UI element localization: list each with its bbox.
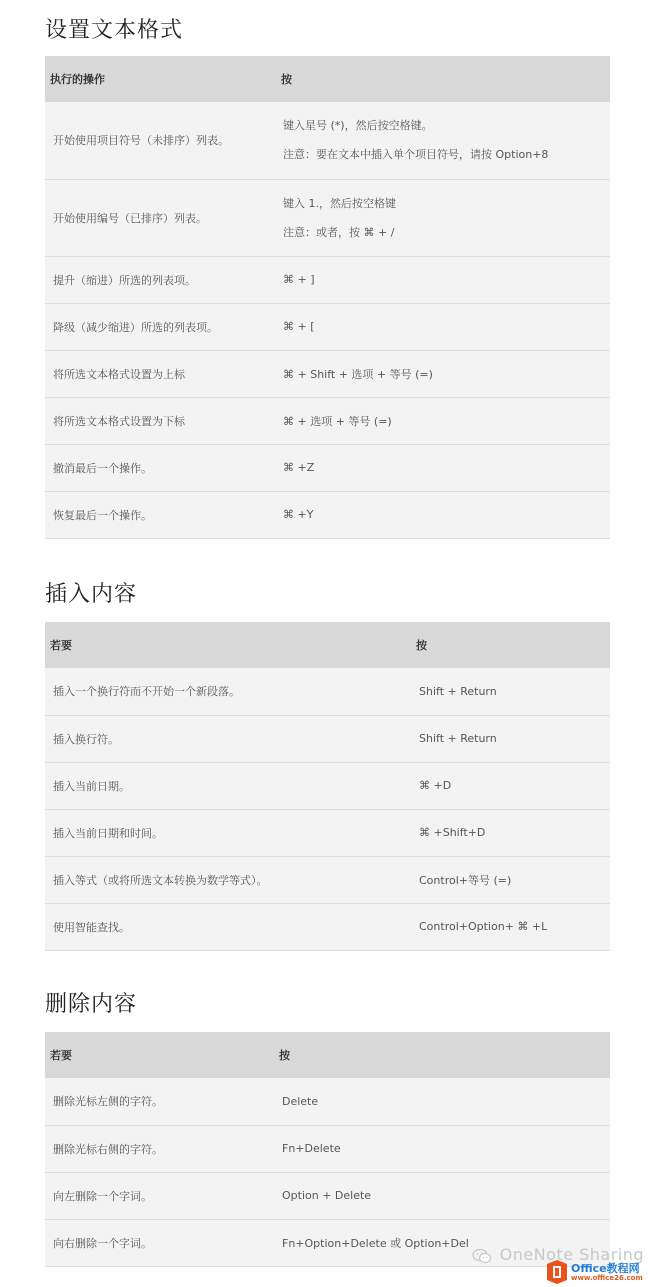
column-header-action: 执行的操作 xyxy=(45,56,275,102)
section-delete-content: 删除内容 若要 按 删除光标左侧的字符。 Delete 删除光标右侧的字符。 F… xyxy=(45,990,610,1267)
shortcut-table: 执行的操作 按 开始使用项目符号（未排序）列表。 键入星号 (*)，然后按空格键… xyxy=(45,56,610,539)
keys-line: 键入星号 (*)，然后按空格键。 xyxy=(283,111,602,140)
keys-cell: Option + Delete xyxy=(274,1172,610,1219)
keys-cell: Control+Option+ ⌘ +L xyxy=(411,903,610,950)
brand-name: Office教程网 xyxy=(571,1263,643,1274)
action-cell: 插入当前日期。 xyxy=(45,762,411,809)
table-row: 插入当前日期和时间。 ⌘ +Shift+D xyxy=(45,809,610,856)
keys-cell: Control+等号 (=) xyxy=(411,856,610,903)
brand-logo[interactable]: Office教程网 www.office26.com xyxy=(546,1258,643,1286)
table-header-row: 若要 按 xyxy=(45,622,610,668)
keys-cell: ⌘ +Shift+D xyxy=(411,809,610,856)
action-cell: 删除光标右侧的字符。 xyxy=(45,1125,274,1172)
keys-cell: ⌘ +D xyxy=(411,762,610,809)
action-cell: 插入等式（或将所选文本转换为数学等式）。 xyxy=(45,856,411,903)
column-header-action: 若要 xyxy=(45,622,411,668)
keys-cell: ⌘ +Z xyxy=(275,444,610,491)
brand-text: Office教程网 www.office26.com xyxy=(571,1263,643,1282)
section-insert-content: 插入内容 若要 按 插入一个换行符而不开始一个新段落。 Shift + Retu… xyxy=(45,580,610,951)
action-cell: 提升（缩进）所选的列表项。 xyxy=(45,256,275,303)
action-cell: 使用智能查找。 xyxy=(45,903,411,950)
column-header-keys: 按 xyxy=(411,622,610,668)
table-row: 开始使用编号（已排序）列表。 键入 1.，然后按空格键 注意：或者，按 ⌘ + … xyxy=(45,179,610,256)
action-cell: 向右删除一个字词。 xyxy=(45,1219,274,1266)
action-cell: 降级（减少缩进）所选的列表项。 xyxy=(45,303,275,350)
table-row: 插入换行符。 Shift + Return xyxy=(45,715,610,762)
table-row: 开始使用项目符号（未排序）列表。 键入星号 (*)，然后按空格键。 注意：要在文… xyxy=(45,102,610,179)
column-header-keys: 按 xyxy=(274,1032,610,1078)
table-row: 向左删除一个字词。 Option + Delete xyxy=(45,1172,610,1219)
column-header-action: 若要 xyxy=(45,1032,274,1078)
table-row: 删除光标左侧的字符。 Delete xyxy=(45,1078,610,1125)
action-cell: 开始使用编号（已排序）列表。 xyxy=(45,179,275,256)
section-text-formatting: 设置文本格式 执行的操作 按 开始使用项目符号（未排序）列表。 键入星号 (*)… xyxy=(45,16,610,539)
keys-cell: ⌘ + ] xyxy=(275,256,610,303)
keys-cell: 键入星号 (*)，然后按空格键。 注意：要在文本中插入单个项目符号，请按 Opt… xyxy=(275,102,610,179)
wechat-icon xyxy=(472,1248,492,1264)
note-line: 注意：要在文本中插入单个项目符号，请按 Option+8 xyxy=(283,140,602,169)
table-row: 撤消最后一个操作。 ⌘ +Z xyxy=(45,444,610,491)
column-header-keys: 按 xyxy=(275,56,610,102)
table-row: 插入等式（或将所选文本转换为数学等式）。 Control+等号 (=) xyxy=(45,856,610,903)
action-cell: 开始使用项目符号（未排序）列表。 xyxy=(45,102,275,179)
table-row: 将所选文本格式设置为上标 ⌘ + Shift + 选项 + 等号 (=) xyxy=(45,350,610,397)
table-row: 删除光标右侧的字符。 Fn+Delete xyxy=(45,1125,610,1172)
section-title: 删除内容 xyxy=(45,990,610,1020)
action-cell: 将所选文本格式设置为下标 xyxy=(45,397,275,444)
shortcut-table: 若要 按 删除光标左侧的字符。 Delete 删除光标右侧的字符。 Fn+Del… xyxy=(45,1032,610,1267)
action-cell: 插入当前日期和时间。 xyxy=(45,809,411,856)
table-header-row: 执行的操作 按 xyxy=(45,56,610,102)
action-cell: 向左删除一个字词。 xyxy=(45,1172,274,1219)
brand-url: www.office26.com xyxy=(571,1275,643,1282)
action-cell: 插入一个换行符而不开始一个新段落。 xyxy=(45,668,411,715)
section-title: 设置文本格式 xyxy=(45,16,610,46)
keys-cell: ⌘ + [ xyxy=(275,303,610,350)
table-row: 插入一个换行符而不开始一个新段落。 Shift + Return xyxy=(45,668,610,715)
table-row: 使用智能查找。 Control+Option+ ⌘ +L xyxy=(45,903,610,950)
table-row: 将所选文本格式设置为下标 ⌘ + 选项 + 等号 (=) xyxy=(45,397,610,444)
keys-cell: Delete xyxy=(274,1078,610,1125)
keys-cell: ⌘ + 选项 + 等号 (=) xyxy=(275,397,610,444)
keys-cell: Fn+Delete xyxy=(274,1125,610,1172)
action-cell: 撤消最后一个操作。 xyxy=(45,444,275,491)
keys-cell: Shift + Return xyxy=(411,715,610,762)
table-row: 插入当前日期。 ⌘ +D xyxy=(45,762,610,809)
table-row: 降级（减少缩进）所选的列表项。 ⌘ + [ xyxy=(45,303,610,350)
note-line: 注意：或者，按 ⌘ + / xyxy=(283,218,602,247)
action-cell: 将所选文本格式设置为上标 xyxy=(45,350,275,397)
action-cell: 删除光标左侧的字符。 xyxy=(45,1078,274,1125)
table-row: 恢复最后一个操作。 ⌘ +Y xyxy=(45,491,610,538)
keys-cell: 键入 1.，然后按空格键 注意：或者，按 ⌘ + / xyxy=(275,179,610,256)
shortcut-table: 若要 按 插入一个换行符而不开始一个新段落。 Shift + Return 插入… xyxy=(45,622,610,951)
keys-cell: Shift + Return xyxy=(411,668,610,715)
table-header-row: 若要 按 xyxy=(45,1032,610,1078)
keys-cell: ⌘ + Shift + 选项 + 等号 (=) xyxy=(275,350,610,397)
table-row: 提升（缩进）所选的列表项。 ⌘ + ] xyxy=(45,256,610,303)
section-title: 插入内容 xyxy=(45,580,610,610)
keys-line: 键入 1.，然后按空格键 xyxy=(283,189,602,218)
office-logo-icon xyxy=(546,1260,568,1284)
action-cell: 恢复最后一个操作。 xyxy=(45,491,275,538)
keys-cell: ⌘ +Y xyxy=(275,491,610,538)
action-cell: 插入换行符。 xyxy=(45,715,411,762)
